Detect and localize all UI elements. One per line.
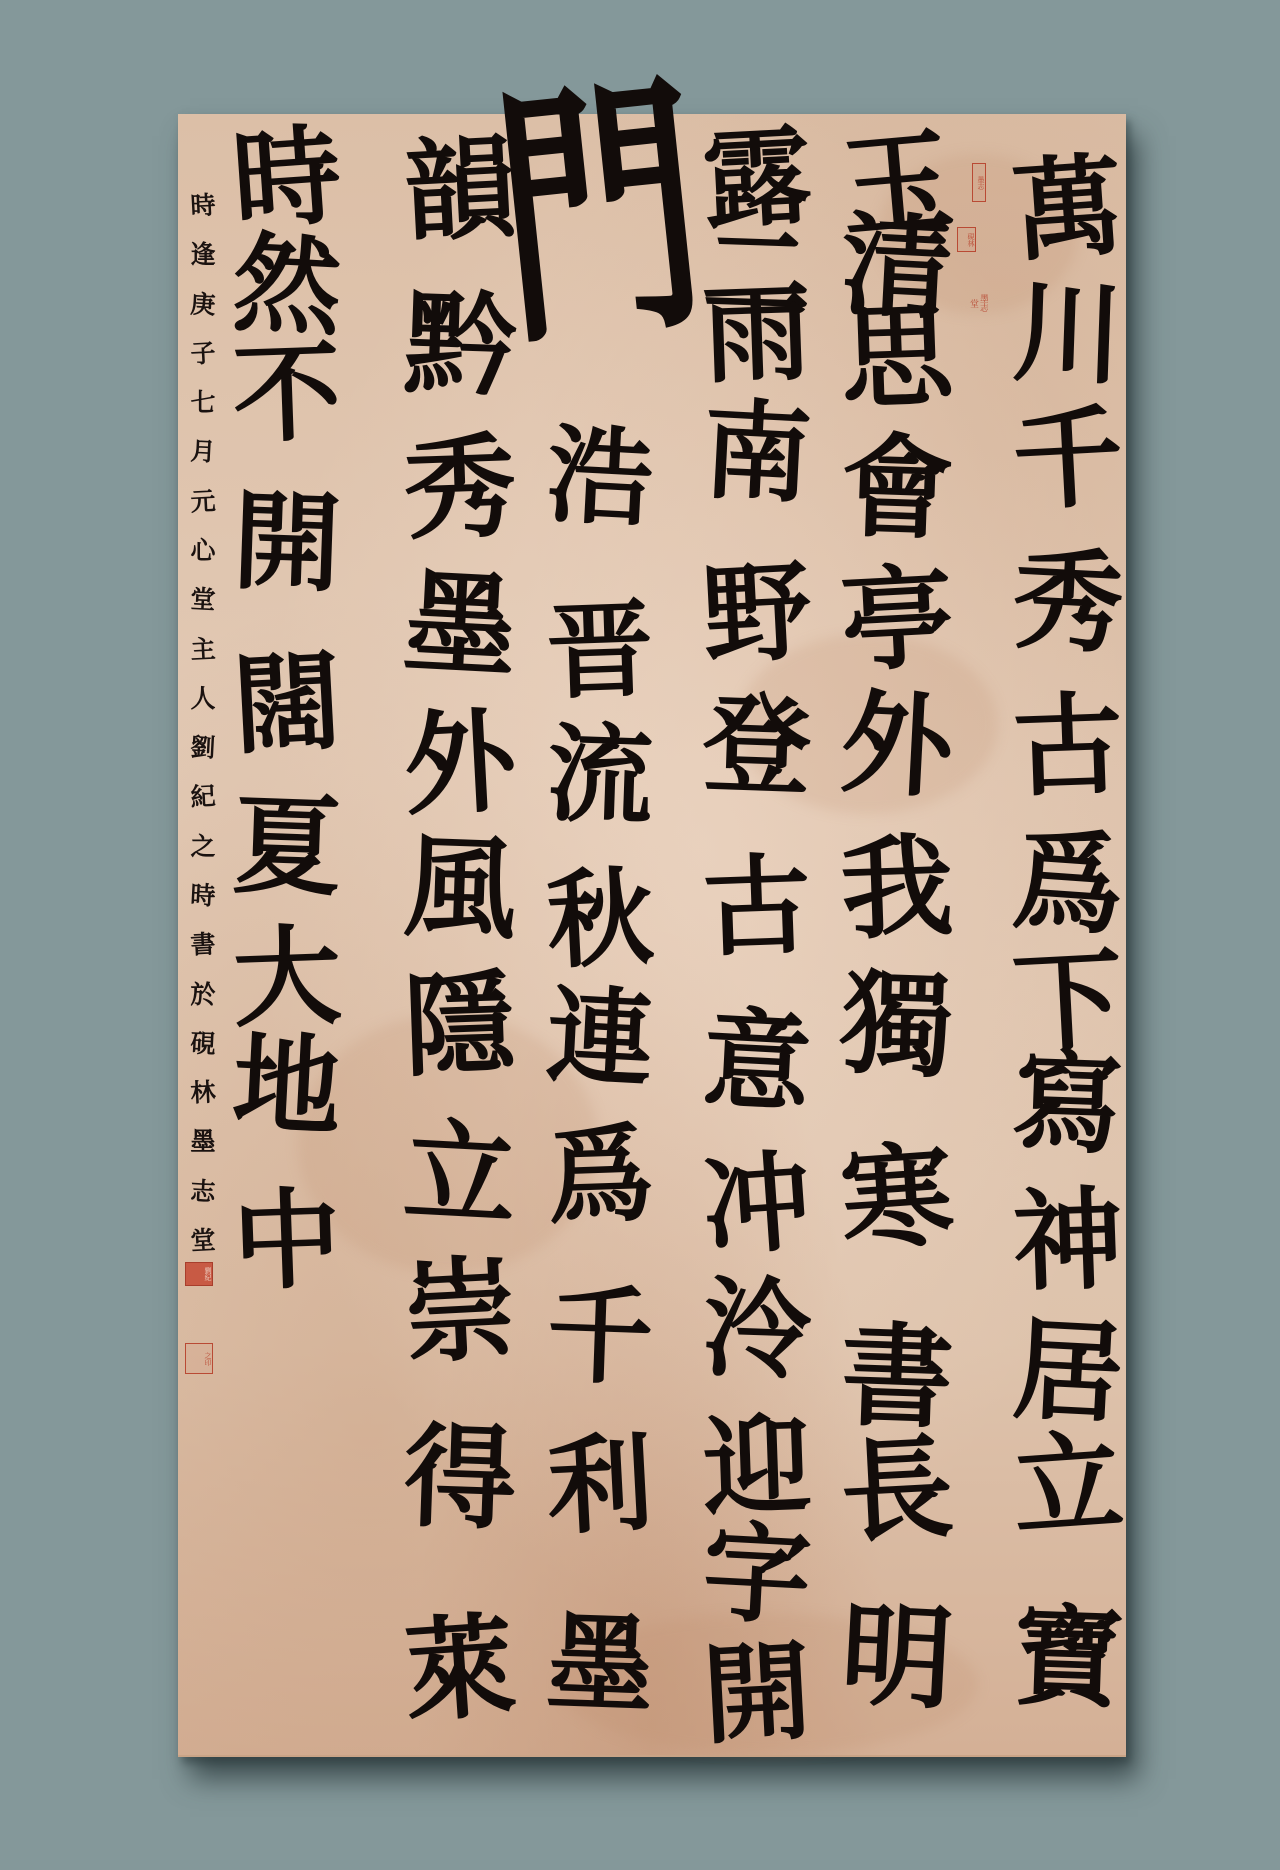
calligraphy-character: 思 xyxy=(839,300,955,416)
seal-stamp: 墨志 xyxy=(972,163,986,202)
seal-stamp: 之印 xyxy=(185,1343,213,1374)
inscription-character: 堂 xyxy=(187,587,218,614)
calligraphy-character: 登 xyxy=(701,690,813,802)
inscription-character: 劉 xyxy=(187,734,218,761)
calligraphy-character: 冲 xyxy=(699,1147,814,1262)
calligraphy-character: 寒 xyxy=(837,1139,957,1259)
calligraphy-character: 爲 xyxy=(1009,824,1126,941)
calligraphy-character: 韻 xyxy=(401,132,519,250)
calligraphy-character: 夏 xyxy=(231,791,343,903)
inscription-character: 子 xyxy=(187,340,218,367)
inscription-character: 時 xyxy=(187,882,218,909)
inscription-character: 七 xyxy=(188,390,218,415)
calligraphy-character: 川 xyxy=(1011,277,1125,391)
calligraphy-character: 風 xyxy=(402,831,518,947)
seal-stamp: 硯林 xyxy=(957,227,976,252)
calligraphy-character: 崇 xyxy=(401,1253,519,1371)
seal-stamp: 墨志堂 xyxy=(969,290,988,316)
calligraphy-character: 古 xyxy=(701,851,813,963)
calligraphy-character: 立 xyxy=(401,1116,519,1234)
inscription-character: 硯 xyxy=(187,1030,218,1057)
calligraphy-character: 萊 xyxy=(400,1610,520,1730)
calligraphy-character: 千 xyxy=(545,1281,655,1391)
inscription-character: 元 xyxy=(187,488,218,515)
calligraphy-character: 獨 xyxy=(839,968,955,1084)
calligraphy-character: 然 xyxy=(230,229,344,343)
calligraphy-character: 中 xyxy=(231,1185,343,1297)
calligraphy-character: 秀 xyxy=(402,431,518,547)
calligraphy-character: 千 xyxy=(1010,401,1126,517)
calligraphy-character: 野 xyxy=(700,557,814,671)
inscription-character: 志 xyxy=(187,1178,218,1205)
calligraphy-character: 秋 xyxy=(544,863,655,974)
inscription-character: 書 xyxy=(187,932,218,959)
calligraphy-character: 隱 xyxy=(402,968,518,1084)
calligraphy-character: 神 xyxy=(1011,1184,1125,1298)
calligraphy-character: 浩 xyxy=(544,421,655,532)
inscription-character: 堂 xyxy=(187,1227,218,1254)
calligraphy-character: 古 xyxy=(1011,689,1125,803)
inscription-character: 庚 xyxy=(187,291,218,318)
calligraphy-character: 會 xyxy=(839,431,955,547)
calligraphy-character: 大 xyxy=(231,922,343,1034)
calligraphy-character: 居 xyxy=(1010,1314,1126,1430)
inscription-character: 逢 xyxy=(188,242,218,267)
calligraphy-character: 明 xyxy=(838,1599,956,1717)
inscription-character: 人 xyxy=(188,686,218,711)
seal-stamp: 劉紀 xyxy=(185,1262,213,1286)
calligraphy-character: 流 xyxy=(545,720,655,830)
calligraphy-character: 利 xyxy=(544,1429,655,1540)
inscription-character: 於 xyxy=(188,982,218,1007)
inscription-character: 林 xyxy=(187,1079,218,1106)
inscription-character: 之 xyxy=(188,834,218,859)
calligraphy-character: 連 xyxy=(544,982,655,1093)
calligraphy-character: 寶 xyxy=(1011,1601,1125,1715)
inscription-character: 月 xyxy=(187,439,218,466)
calligraphy-character: 闊 xyxy=(230,647,344,761)
calligraphy-character: 亭 xyxy=(838,561,956,679)
inscription-character: 墨 xyxy=(188,1129,218,1154)
calligraphy-character: 南 xyxy=(700,396,814,510)
calligraphy-character: 外 xyxy=(838,687,956,805)
inscription-character: 紀 xyxy=(187,784,218,811)
calligraphy-character: 黔 xyxy=(402,288,518,404)
calligraphy-character: 泠 xyxy=(701,1274,813,1386)
calligraphy-character: 墨 xyxy=(401,567,519,685)
calligraphy-character: 秀 xyxy=(1010,544,1126,660)
calligraphy-character: 地 xyxy=(230,1029,344,1143)
calligraphy-character: 寫 xyxy=(1011,1047,1125,1161)
calligraphy-character: 書 xyxy=(839,1320,955,1436)
calligraphy-character: 墨 xyxy=(545,1609,655,1719)
calligraphy-character: 門 xyxy=(486,69,715,360)
calligraphy-character: 得 xyxy=(402,1421,518,1537)
calligraphy-character: 晋 xyxy=(545,595,655,705)
calligraphy-character: 時 xyxy=(229,121,344,236)
inscription-character: 時 xyxy=(187,192,218,219)
calligraphy-character: 立 xyxy=(1009,1426,1126,1543)
calligraphy-character: 意 xyxy=(700,1005,814,1119)
calligraphy-character: 雨 xyxy=(701,278,813,390)
calligraphy-character: 不 xyxy=(231,338,343,450)
inscription-character: 主 xyxy=(187,636,218,663)
calligraphy-character: 迎 xyxy=(701,1411,813,1523)
calligraphy-character: 開 xyxy=(700,1637,814,1751)
calligraphy-character: 開 xyxy=(231,487,343,599)
calligraphy-character: 我 xyxy=(839,831,955,947)
calligraphy-character: 萬 xyxy=(1009,150,1126,267)
calligraphy-character: 字 xyxy=(700,1518,814,1632)
calligraphy-character: 長 xyxy=(838,1432,956,1550)
calligraphy-character: 爲 xyxy=(545,1120,655,1230)
inscription-character: 心 xyxy=(188,538,218,563)
calligraphy-character: 外 xyxy=(401,705,519,823)
